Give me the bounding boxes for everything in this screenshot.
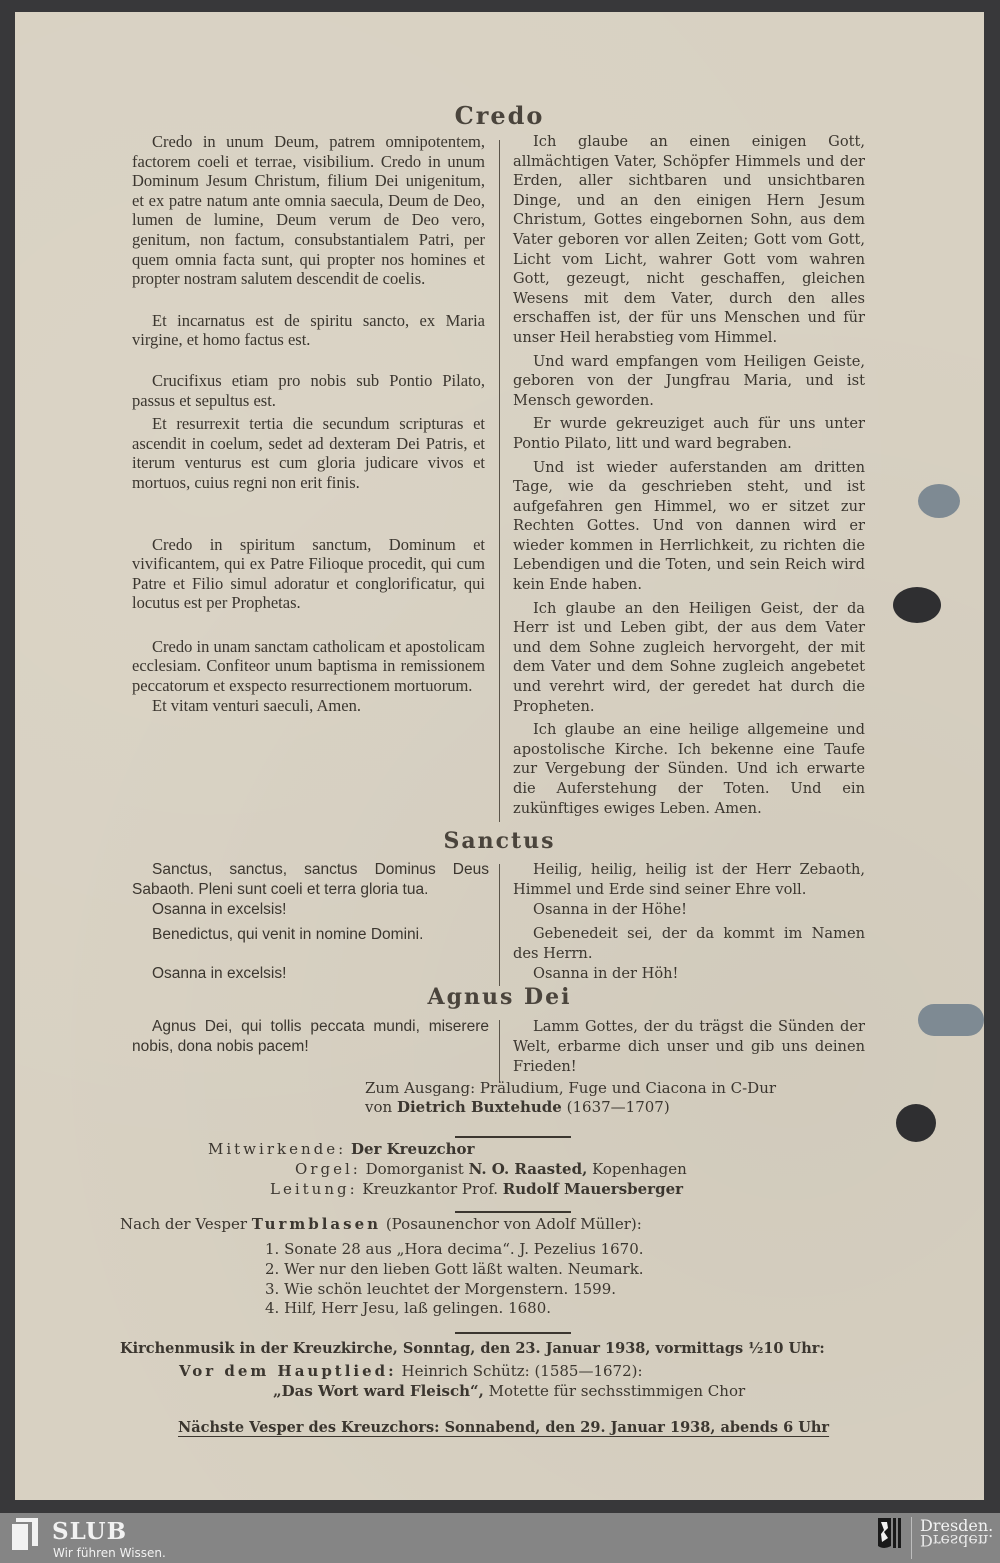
kirchenmusik-line: Kirchenmusik in der Kreuzkirche, Sonntag…	[120, 1340, 825, 1357]
punch-hole	[896, 1104, 936, 1142]
divider-rule	[455, 1136, 571, 1138]
hauptlied-line: Vor dem Hauptlied: Heinrich Schütz: (158…	[179, 1362, 643, 1380]
credo-latin-para: Credo in unum Deum, patrem omnipotentem,…	[132, 132, 485, 289]
motette-title: „Das Wort ward Fleisch“,	[273, 1382, 484, 1400]
credo-german-column: Ich glaube an einen einigen Gott, allmäc…	[513, 132, 865, 818]
sanctus-latin-para: Osanna in excelsis!	[132, 900, 489, 920]
dresden-crest-icon	[878, 1518, 904, 1550]
turmblasen-bold: Turmblasen	[252, 1215, 381, 1233]
slub-book-icon	[12, 1518, 40, 1550]
punch-hole	[893, 587, 941, 623]
organist-name: N. O. Raasted,	[469, 1160, 588, 1178]
credo-german-para: Und ist wieder auferstanden am dritten T…	[513, 458, 865, 595]
credo-latin-column: Credo in unum Deum, patrem omnipotentem,…	[132, 132, 485, 715]
agnus-latin-column: Agnus Dei, qui tollis peccata mundi, mis…	[132, 1017, 489, 1057]
footer-bar: SLUB Wir führen Wissen. Dresden. Dresden…	[0, 1513, 1000, 1563]
divider-rule	[455, 1332, 571, 1334]
sanctus-german-column: Heilig, heilig, heilig ist der Herr Zeba…	[513, 860, 865, 984]
motette-rest: Motette für sechsstimmigen Chor	[489, 1382, 746, 1400]
turmblasen-item: 4. Hilf, Herr Jesu, laß gelingen. 1680.	[265, 1299, 551, 1317]
orgel-prefix: Domorganist	[366, 1160, 464, 1178]
credo-german-para: Ich glaube an den Heiligen Geist, der da…	[513, 599, 865, 717]
column-divider	[499, 864, 500, 986]
composer-years: (1637—1707)	[567, 1098, 670, 1116]
turmblasen-item: 2. Wer nur den lieben Gott läßt walten. …	[265, 1260, 644, 1278]
credo-german-para: Ich glaube an einen einigen Gott, allmäc…	[513, 132, 865, 348]
program-page: Credo Credo in unum Deum, patrem omnipot…	[15, 12, 984, 1500]
credo-german-para: Ich glaube an eine heilige allgemeine un…	[513, 720, 865, 818]
turmblasen-intro: Nach der Vesper Turmblasen (Posaunenchor…	[120, 1215, 642, 1233]
sanctus-title: Sanctus	[15, 828, 984, 854]
credo-german-para: Er wurde gekreuziget auch für uns unter …	[513, 414, 865, 453]
agnus-dei-title: Agnus Dei	[15, 984, 984, 1010]
orgel-line: Orgel: Domorganist N. O. Raasted, Kopenh…	[295, 1160, 687, 1178]
credo-latin-para: Et incarnatus est de spiritu sancto, ex …	[132, 311, 485, 350]
column-divider	[499, 1020, 500, 1082]
sanctus-latin-para: Sanctus, sanctus, sanctus Dominus Deus S…	[132, 860, 489, 900]
sanctus-german-para: Heilig, heilig, heilig ist der Herr Zeba…	[513, 860, 865, 900]
leitung-label: Leitung:	[270, 1180, 358, 1198]
column-divider	[499, 140, 500, 822]
credo-german-para: Und ward empfangen vom Heiligen Geiste, …	[513, 352, 865, 411]
orgel-label: Orgel:	[295, 1160, 361, 1178]
leitung-prefix: Kreuzkantor Prof.	[362, 1180, 498, 1198]
sanctus-german-para: Gebenedeit sei, der da kommt im Namen de…	[513, 924, 865, 964]
mitwirkende-value: Der Kreuzchor	[351, 1140, 475, 1158]
turmblasen-prefix: Nach der Vesper	[120, 1215, 247, 1233]
credo-latin-para: Et vitam venturi saeculi, Amen.	[132, 696, 485, 716]
punch-hole	[918, 484, 960, 518]
dresden-logo[interactable]: Dresden. Dresden.	[920, 1519, 993, 1547]
sanctus-latin-para: Osanna in excelsis!	[132, 964, 489, 984]
agnus-latin-para: Agnus Dei, qui tollis peccata mundi, mis…	[132, 1017, 489, 1057]
leitung-line: Leitung: Kreuzkantor Prof. Rudolf Mauers…	[270, 1180, 683, 1198]
dresden-logo-mirror: Dresden.	[920, 1533, 993, 1547]
credo-latin-para: Crucifixus etiam pro nobis sub Pontio Pi…	[132, 371, 485, 410]
turmblasen-item: 1. Sonate 28 aus „Hora decima“. J. Pezel…	[265, 1240, 644, 1258]
credo-latin-para: Credo in unam sanctam catholicam et apos…	[132, 637, 485, 696]
hauptlied-value: Heinrich Schütz: (1585—1672):	[401, 1362, 642, 1380]
ausgang-composer-line: von Dietrich Buxtehude (1637—1707)	[365, 1098, 670, 1116]
agnus-german-column: Lamm Gottes, der du trägst die Sünden de…	[513, 1017, 865, 1077]
credo-title: Credo	[15, 101, 984, 130]
slub-tagline: Wir führen Wissen.	[53, 1546, 166, 1560]
credo-latin-para: Credo in spiritum sanctum, Dominum et vi…	[132, 535, 485, 613]
orgel-suffix: Kopenhagen	[592, 1160, 687, 1178]
divider-rule	[455, 1211, 571, 1213]
hauptlied-label: Vor dem Hauptlied:	[179, 1362, 397, 1380]
ausgang-von: von	[365, 1098, 392, 1116]
sanctus-german-para: Osanna in der Höhe!	[513, 900, 865, 920]
turmblasen-suffix: (Posaunenchor von Adolf Müller):	[386, 1215, 642, 1233]
sanctus-latin-column: Sanctus, sanctus, sanctus Dominus Deus S…	[132, 860, 489, 984]
footer-separator	[911, 1517, 912, 1559]
sanctus-latin-para: Benedictus, qui venit in nomine Domini.	[132, 925, 489, 945]
turmblasen-item: 3. Wie schön leuchtet der Morgenstern. 1…	[265, 1280, 616, 1298]
ausgang-line: Zum Ausgang: Präludium, Fuge und Ciacona…	[365, 1079, 776, 1097]
motette-line: „Das Wort ward Fleisch“, Motette für sec…	[273, 1382, 745, 1400]
next-vesper-announcement: Nächste Vesper des Kreuzchors: Sonnabend…	[178, 1419, 829, 1436]
sanctus-german-para: Osanna in der Höh!	[513, 964, 865, 984]
composer-name: Dietrich Buxtehude	[397, 1098, 562, 1116]
conductor-name: Rudolf Mauersberger	[503, 1180, 683, 1198]
mitwirkende-label: Mitwirkende:	[208, 1140, 346, 1158]
mitwirkende-line: Mitwirkende: Der Kreuzchor	[208, 1140, 474, 1158]
slub-logo-text[interactable]: SLUB	[52, 1518, 127, 1545]
credo-latin-para: Et resurrexit tertia die secundum script…	[132, 414, 485, 492]
agnus-german-para: Lamm Gottes, der du trägst die Sünden de…	[513, 1017, 865, 1077]
